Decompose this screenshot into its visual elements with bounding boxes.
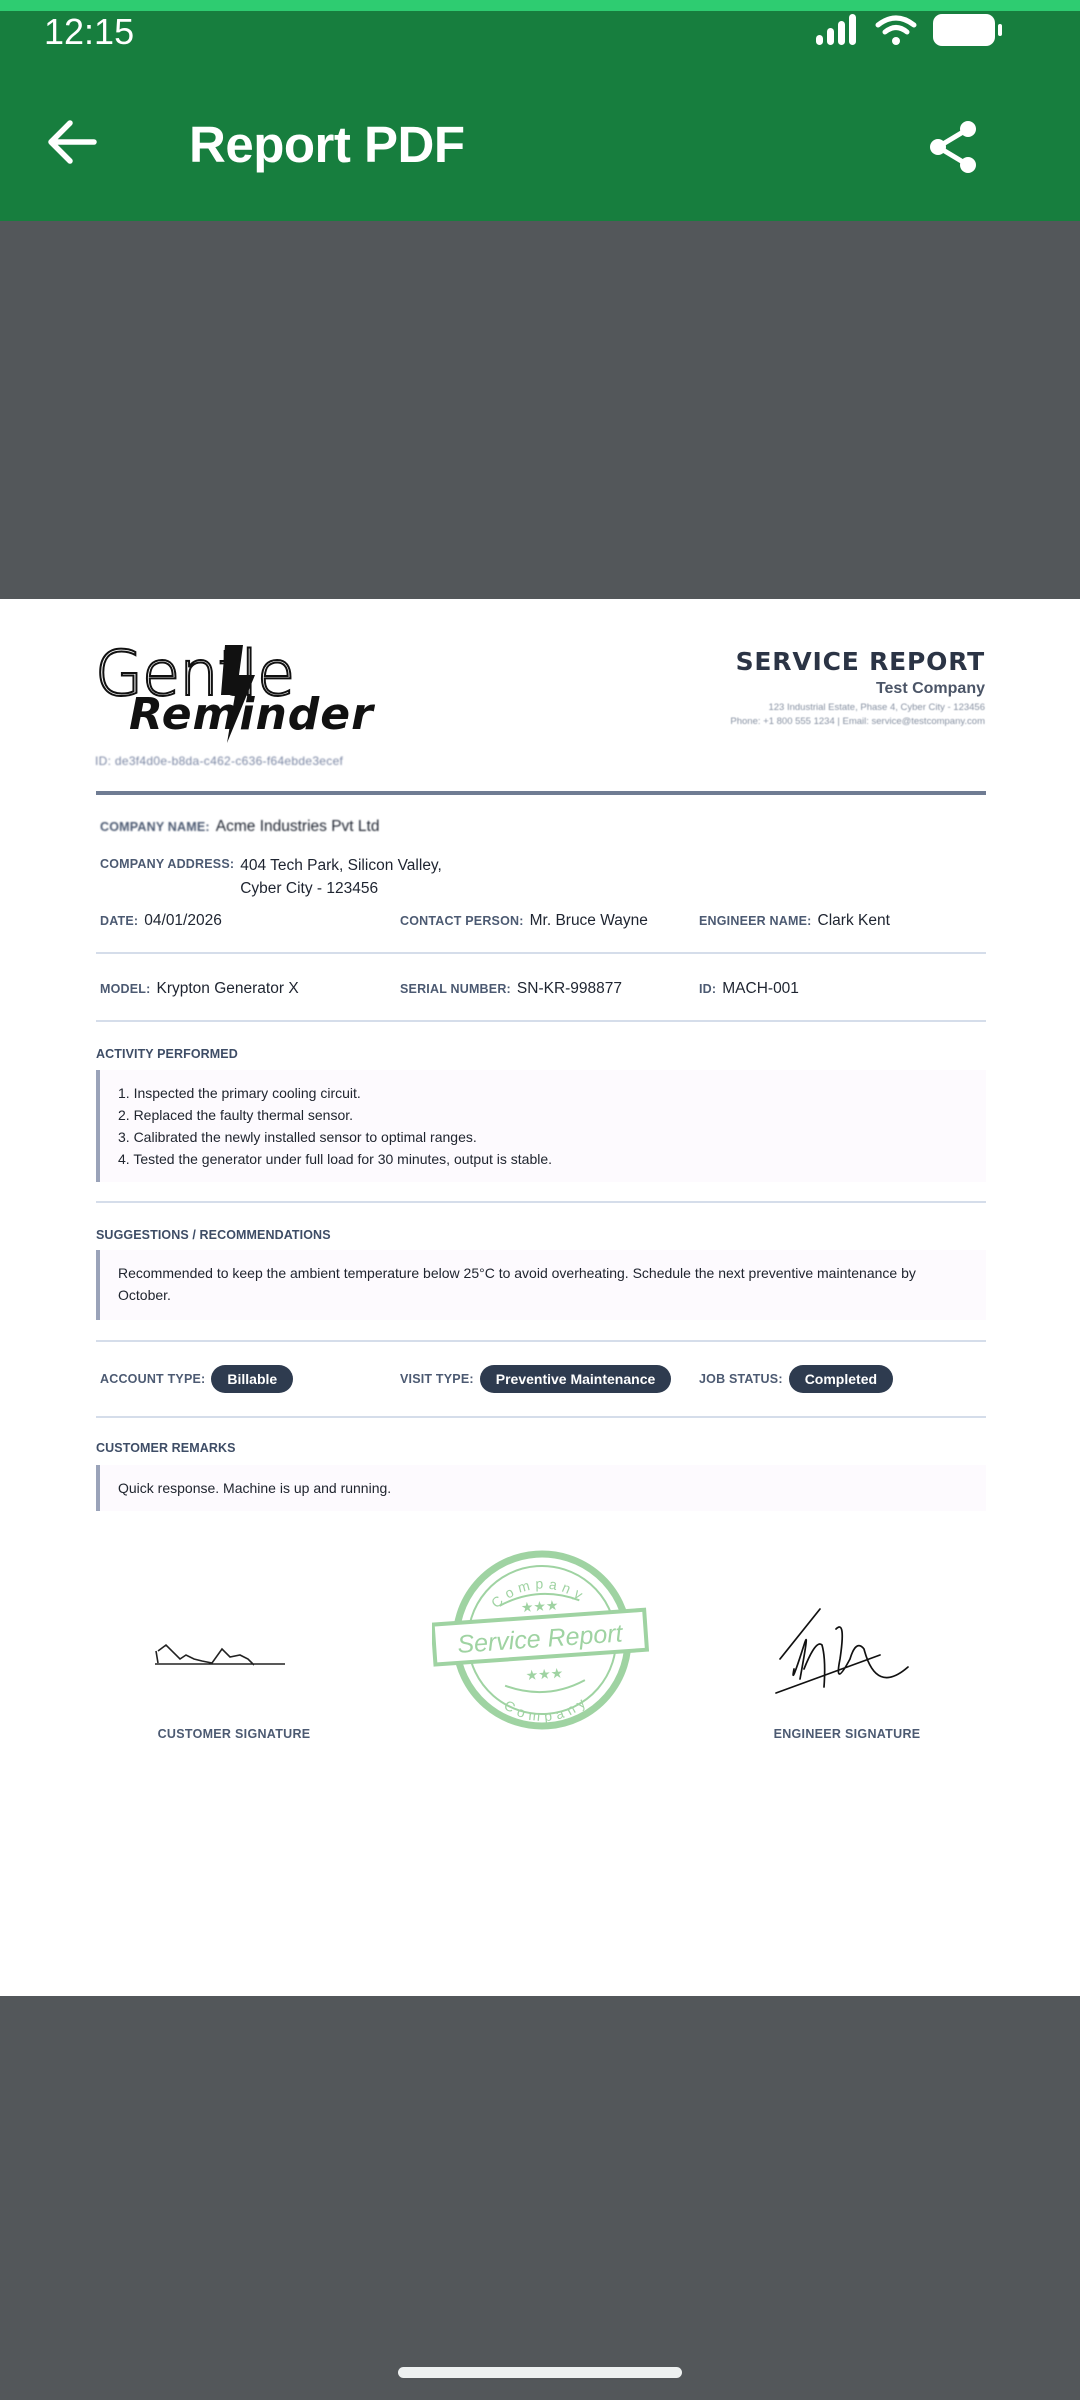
document-id: ID: de3f4d0e-b8da-c462-c636-f64ebde3ecef [95,754,343,768]
top-accent-strip [0,0,1080,11]
account-type-field: Account Type: Billable [100,1365,293,1393]
job-status-label: Job Status: [699,1372,783,1386]
service-company-contact: Phone: +1 800 555 1234 | Email: service@… [730,716,985,727]
visit-type-field: Visit Type: Preventive Maintenance [400,1365,671,1393]
machine-id-label: ID: [699,982,716,996]
svg-text:★★★: ★★★ [525,1665,564,1684]
visit-type-label: Visit Type: [400,1372,474,1386]
company-logo: Gentle Reminder [95,637,355,737]
suggestions-block: Recommended to keep the ambient temperat… [96,1250,986,1320]
activity-item: 1. Inspected the primary cooling circuit… [118,1082,986,1104]
engineer-signature-label: ENGINEER SIGNATURE [713,1727,981,1741]
wifi-icon [874,13,918,52]
company-stamp: Company ★★★ Service Report ★★★ Company [432,1545,652,1740]
date-value: 04/01/2026 [144,912,222,930]
contact-person-field: Contact Person: Mr. Bruce Wayne [400,912,648,930]
machine-id-field: ID: MACH-001 [699,980,799,998]
date-field: Date: 04/01/2026 [100,912,222,930]
visit-type-badge: Preventive Maintenance [480,1365,672,1393]
activity-item: 4. Tested the generator under full load … [118,1148,986,1170]
page-title: Report PDF [189,115,465,174]
svg-text:★★★: ★★★ [520,1597,559,1616]
app-bar: Report PDF [0,61,1080,221]
customer-signature [150,1629,290,1674]
machine-id-value: MACH-001 [722,980,799,998]
header-divider [96,791,986,795]
service-company-address: 123 Industrial Estate, Phase 4, Cyber Ci… [730,702,985,713]
job-status-badge: Completed [789,1365,893,1393]
engineer-name-label: Engineer Name: [699,914,812,928]
report-title: SERVICE REPORT [730,647,985,676]
serial-number-value: SN-KR-998877 [517,980,622,998]
contact-person-label: Contact Person: [400,914,524,928]
arrow-left-icon[interactable] [44,117,104,167]
divider [96,952,986,954]
engineer-name-field: Engineer Name: Clark Kent [699,912,890,930]
serial-number-field: Serial Number: SN-KR-998877 [400,980,622,998]
status-bar: 12:15 [0,11,1080,61]
divider [96,1201,986,1203]
suggestions-title: SUGGESTIONS / RECOMMENDATIONS [96,1228,331,1242]
engineer-signature [760,1599,920,1704]
company-name-label: Company Name: [100,820,210,834]
model-field: Model: Krypton Generator X [100,980,299,998]
customer-signature-label: CUSTOMER SIGNATURE [100,1727,368,1741]
service-company-name: Test Company [730,680,985,698]
report-header: SERVICE REPORT Test Company 123 Industri… [730,647,985,727]
activity-item: 2. Replaced the faulty thermal sensor. [118,1104,986,1126]
model-value: Krypton Generator X [157,980,299,998]
engineer-name-value: Clark Kent [818,912,890,930]
signal-icon [814,13,860,52]
status-time: 12:15 [44,11,134,53]
activity-item: 3. Calibrated the newly installed sensor… [118,1126,986,1148]
suggestions-line-1: Recommended to keep the ambient temperat… [118,1262,986,1284]
company-address-line-1: 404 Tech Park, Silicon Valley, [240,854,442,877]
lightning-bolt-icon [221,645,257,750]
model-label: Model: [100,982,151,996]
company-address-label: Company Address: [100,857,234,871]
home-indicator[interactable] [398,2367,682,2378]
pdf-page[interactable]: Gentle Reminder ID: de3f4d0e-b8da-c462-c… [0,599,1080,1996]
account-type-badge: Billable [211,1365,293,1393]
battery-icon [932,13,1004,52]
remarks-text: Quick response. Machine is up and runnin… [118,1477,986,1499]
activity-block: 1. Inspected the primary cooling circuit… [96,1070,986,1182]
company-address-line-2: Cyber City - 123456 [240,877,442,900]
share-icon[interactable] [926,119,982,175]
activity-title: ACTIVITY PERFORMED [96,1047,238,1061]
company-name-value: Acme Industries Pvt Ltd [216,818,380,836]
divider [96,1340,986,1342]
divider [96,1416,986,1418]
serial-number-label: Serial Number: [400,982,511,996]
company-name-field: Company Name: Acme Industries Pvt Ltd [100,818,379,836]
contact-person-value: Mr. Bruce Wayne [530,912,648,930]
company-address-field: Company Address: 404 Tech Park, Silicon … [100,854,442,900]
remarks-title: CUSTOMER REMARKS [96,1441,236,1455]
suggestions-line-2: October. [118,1284,986,1306]
job-status-field: Job Status: Completed [699,1365,893,1393]
divider [96,1020,986,1022]
remarks-block: Quick response. Machine is up and runnin… [96,1465,986,1511]
account-type-label: Account Type: [100,1372,205,1386]
date-label: Date: [100,914,138,928]
